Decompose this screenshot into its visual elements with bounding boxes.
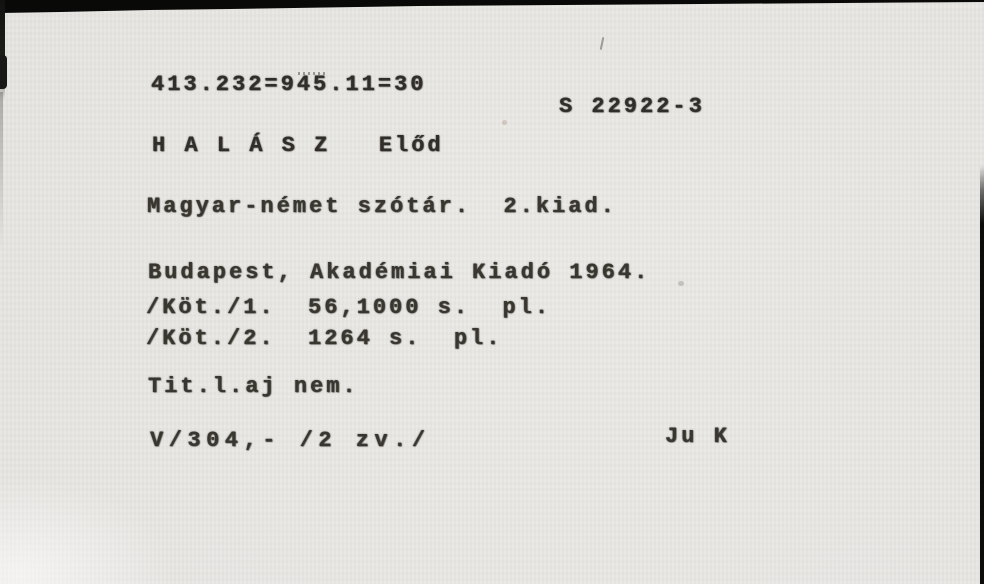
scan-edge-left: [0, 0, 5, 100]
catalog-card: 413.232=945.11=30 S 22922-3 H A L Á S Z …: [0, 0, 984, 584]
imprint-line: Budapest, Akadémiai Kiadó 1964.: [148, 262, 650, 284]
note-line: Tit.l.aj nem.: [148, 376, 359, 398]
collation-volume-2: /Köt./2. 1264 s. pl.: [146, 328, 502, 350]
shelf-mark: S 22922-3: [559, 96, 705, 118]
title-line: Magyar-német szótár. 2.kiad.: [147, 196, 617, 218]
scan-edge-top: [0, 0, 984, 14]
cataloguer-initials: Ju K: [665, 426, 730, 448]
author-heading: H A L Á S Z Előd: [152, 135, 444, 157]
scan-edge-left-nub: [0, 55, 7, 89]
scan-edge-left-faint: [0, 92, 3, 252]
scan-edge-right: [980, 165, 984, 584]
classification-number: 413.232=945.11=30: [151, 74, 426, 96]
paper-speck: [502, 120, 507, 125]
ink-tick-artifact: [600, 37, 605, 50]
paper-speck: [678, 281, 684, 286]
price-line: V/304,- /2 zv./: [150, 430, 431, 452]
collation-volume-1: /Köt./1. 56,1000 s. pl.: [146, 297, 551, 319]
